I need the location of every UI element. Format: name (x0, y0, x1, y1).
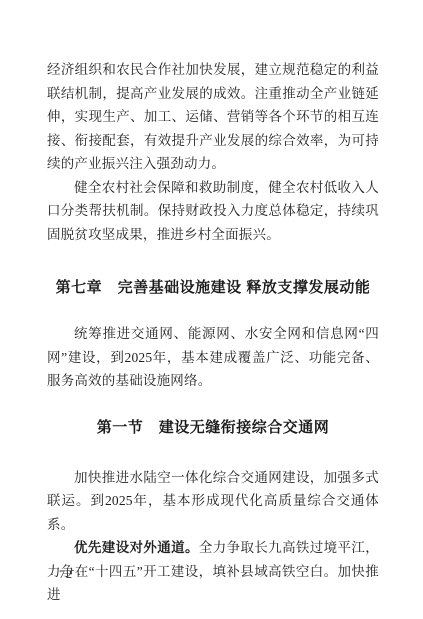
body-paragraph-2: 健全农村社会保障和救助制度，健全农村低收入人口分类帮扶机制。保持财政投入力度总体… (47, 176, 379, 247)
paragraph-5-bold-lead: 优先建设对外通道。 (74, 540, 199, 555)
section-heading: 第一节 建设无缝衔接综合交通网 (47, 416, 379, 440)
page-number: · 72 · (50, 566, 82, 582)
body-paragraph-3: 统筹推进交通网、能源网、水安全网和信息网“四网”建设，到2025年，基本建成覆盖… (47, 322, 379, 393)
chapter-heading: 第七章 完善基础设施建设 释放支撑发展动能 (47, 276, 379, 300)
page-content: 经济组织和农民合作社加快发展，建立规范稳定的利益联结机制，提高产业发展的成效。注… (47, 58, 379, 607)
body-paragraph-4: 加快推进水陆空一体化综合交通网建设，加强多式联运。到2025年，基本形成现代化高… (47, 466, 379, 537)
body-paragraph-5: 优先建设对外通道。全力争取长九高铁过境平江，力争在“十四五”开工建设，填补县域高… (47, 536, 379, 607)
body-paragraph-1: 经济组织和农民合作社加快发展，建立规范稳定的利益联结机制，提高产业发展的成效。注… (47, 58, 379, 176)
document-page: 经济组织和农民合作社加快发展，建立规范稳定的利益联结机制，提高产业发展的成效。注… (0, 0, 423, 619)
